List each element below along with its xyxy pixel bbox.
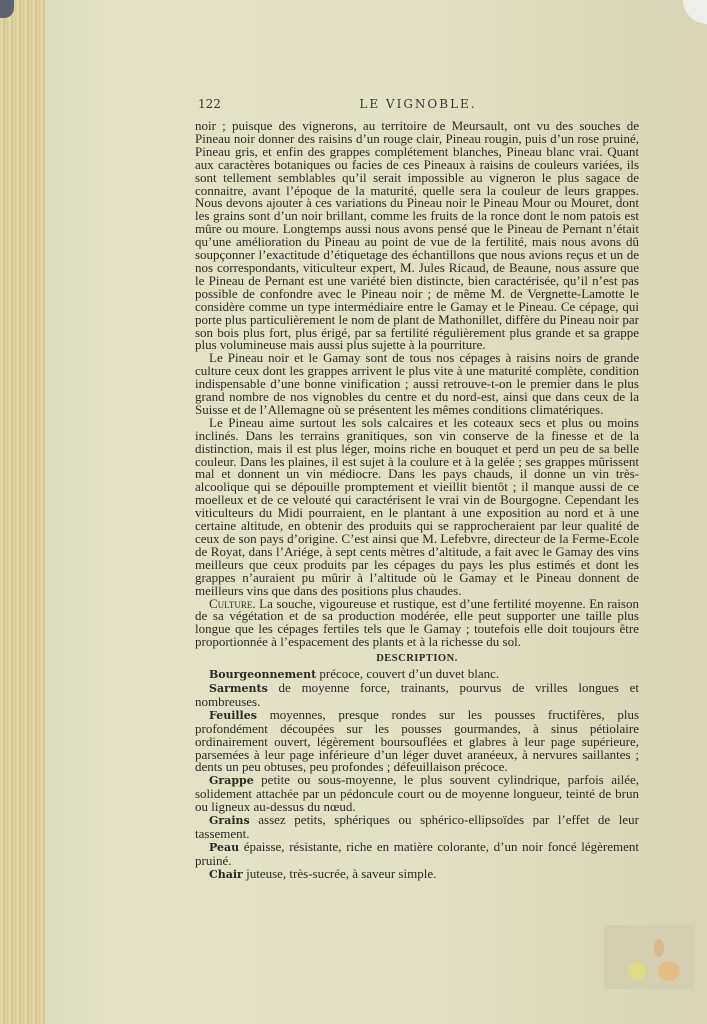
body-text: noir ; puisque des vignerons, au territo… <box>195 120 639 882</box>
running-header: 122 LE VIGNOBLE. <box>198 97 638 111</box>
fruit-shape <box>658 961 680 981</box>
description-item: Feuilles moyennes, presque rondes sur le… <box>195 709 639 775</box>
description-text: petite ou sous-moyenne, le plus souvent … <box>195 772 639 814</box>
description-item: Peau épaisse, résistante, riche en matiè… <box>195 841 639 868</box>
description-text: assez petits, sphériques ou sphérico-ell… <box>195 812 639 841</box>
page-curl <box>683 0 707 24</box>
description-term: Chair <box>209 868 243 881</box>
paragraph: Le Pineau aime surtout les sols calcaire… <box>195 417 639 598</box>
description-item: Grappe petite ou sous-moyenne, le plus s… <box>195 774 639 814</box>
description-text: précoce, couvert d’un duvet blanc. <box>316 666 499 681</box>
running-title: LE VIGNOBLE. <box>198 97 638 111</box>
paragraph: noir ; puisque des vignerons, au territo… <box>195 120 639 352</box>
culture-paragraph: Culture. La souche, vigoureuse et rustiq… <box>195 598 639 650</box>
description-text: juteuse, très-sucrée, à saveur simple. <box>243 866 436 881</box>
description-text: moyennes, presque rondes sur les pousses… <box>195 707 639 775</box>
description-text: épaisse, résistante, riche en matière co… <box>195 839 639 868</box>
background-corner <box>0 0 14 18</box>
paragraph: Le Pineau noir et le Gamay sont de tous … <box>195 352 639 417</box>
description-item: Sarments de moyenne force, trainants, po… <box>195 682 639 709</box>
faded-illustration-bleedthrough <box>604 925 694 989</box>
description-item: Grains assez petits, sphériques ou sphér… <box>195 814 639 841</box>
description-heading: DESCRIPTION. <box>195 653 639 666</box>
description-item: Chair juteuse, très-sucrée, à saveur sim… <box>195 868 639 882</box>
stem-shape <box>654 939 664 957</box>
culture-text: La souche, vigoureuse et rustique, est d… <box>195 596 639 650</box>
book-page-edges <box>0 0 50 1024</box>
fruit-shape <box>628 962 646 980</box>
